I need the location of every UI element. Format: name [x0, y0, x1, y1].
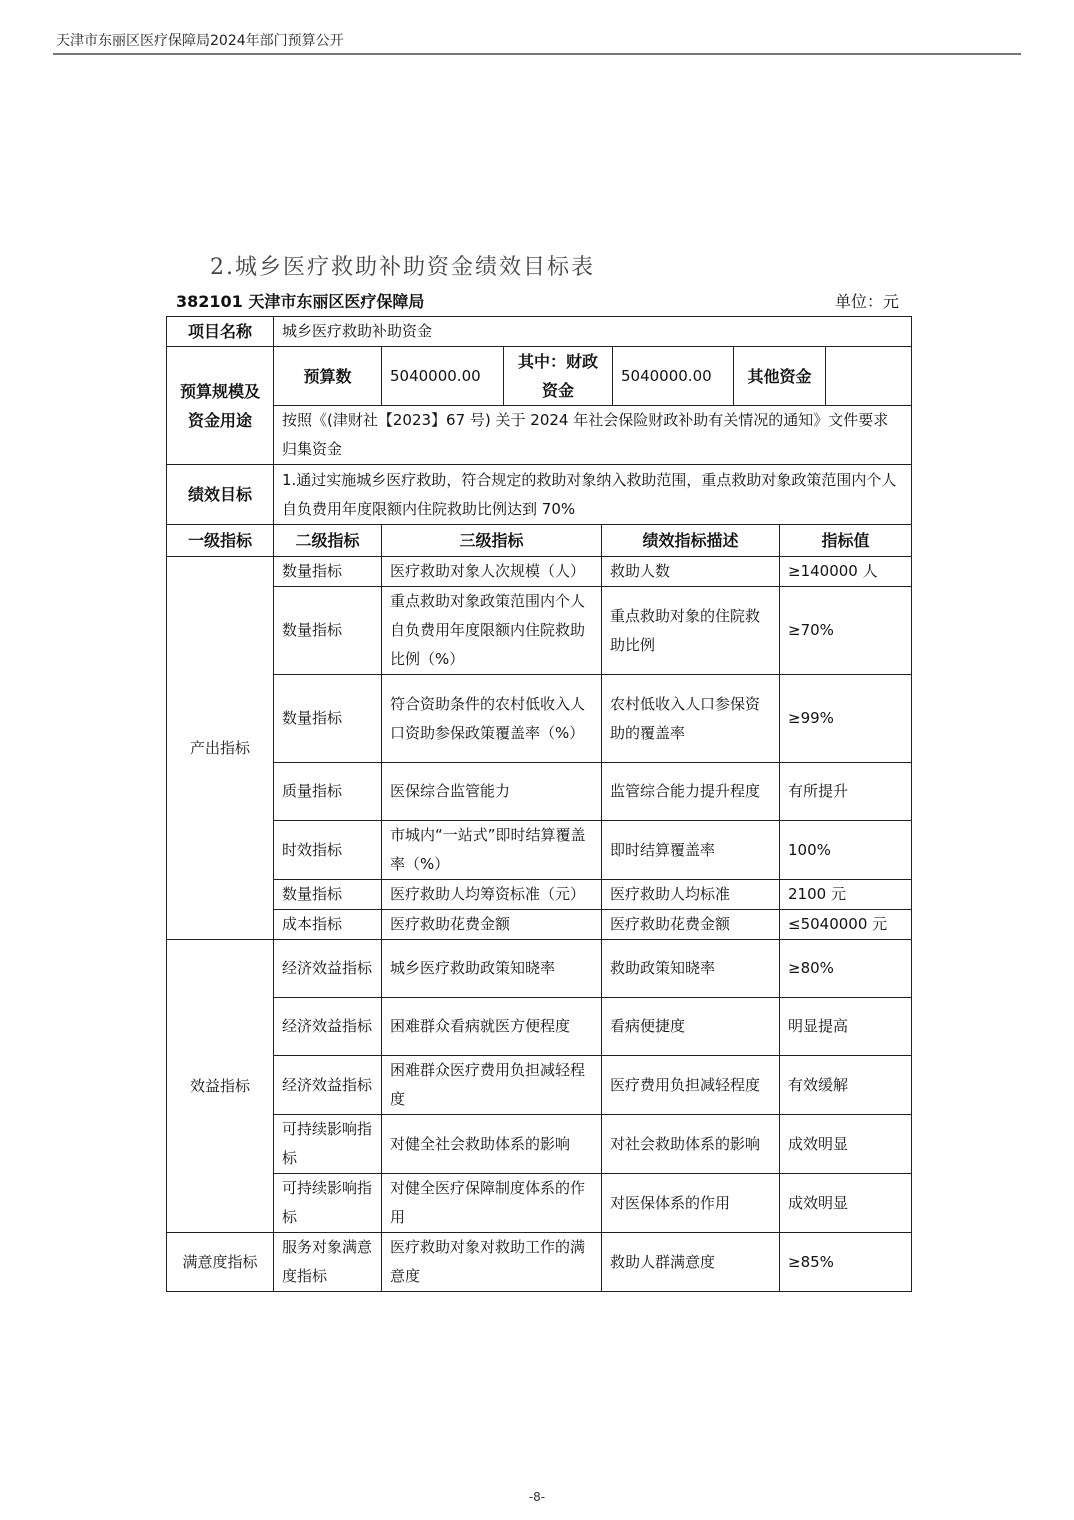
- running-header: 天津市东丽区医疗保障局2024年部门预算公开: [56, 30, 344, 50]
- level2-indicator: 数量指标: [274, 880, 382, 910]
- fiscal-funds-label: 其中：财政资金: [504, 347, 613, 406]
- level3-indicator: 医疗救助花费金额: [382, 910, 602, 940]
- level2-indicator: 可持续影响指标: [274, 1174, 382, 1233]
- level2-indicator: 质量指标: [274, 763, 382, 821]
- other-funds-value: [826, 347, 912, 406]
- goal-label: 绩效目标: [167, 465, 274, 525]
- level2-indicator: 数量指标: [274, 557, 382, 587]
- indicator-description: 即时结算覆盖率: [602, 821, 780, 880]
- indicator-row: 效益指标经济效益指标城乡医疗救助政策知晓率救助政策知晓率≥80%: [167, 940, 912, 998]
- indicator-value: ≥80%: [780, 940, 912, 998]
- header-divider: [53, 53, 1021, 55]
- indicator-row: 数量指标医疗救助人均筹资标准（元）医疗救助人均标准2100 元: [167, 880, 912, 910]
- indicator-description: 监管综合能力提升程度: [602, 763, 780, 821]
- level2-indicator: 成本指标: [274, 910, 382, 940]
- indicator-value: 有效缓解: [780, 1056, 912, 1115]
- level2-indicator: 服务对象满意度指标: [274, 1233, 382, 1292]
- level2-indicator: 经济效益指标: [274, 998, 382, 1056]
- level2-indicator: 时效指标: [274, 821, 382, 880]
- indicator-value: 2100 元: [780, 880, 912, 910]
- performance-goal-table: 项目名称 城乡医疗救助补助资金 预算规模及资金用途 预算数 5040000.00…: [166, 316, 912, 525]
- indicator-row: 数量指标重点救助对象政策范围内个人自负费用年度限额内住院救助比例（%）重点救助对…: [167, 587, 912, 675]
- indicator-value: ≥85%: [780, 1233, 912, 1292]
- indicator-row: 经济效益指标困难群众看病就医方便程度看病便捷度明显提高: [167, 998, 912, 1056]
- indicator-row: 经济效益指标困难群众医疗费用负担减轻程度医疗费用负担减轻程度有效缓解: [167, 1056, 912, 1115]
- project-name: 城乡医疗救助补助资金: [274, 317, 912, 347]
- level1-indicator: 产出指标: [167, 557, 274, 940]
- level2-indicator: 经济效益指标: [274, 940, 382, 998]
- indicator-row: 质量指标医保综合监管能力监管综合能力提升程度有所提升: [167, 763, 912, 821]
- other-funds-label: 其他资金: [734, 347, 826, 406]
- indicator-value: ≥140000 人: [780, 557, 912, 587]
- level3-indicator: 医保综合监管能力: [382, 763, 602, 821]
- indicator-value: ≥70%: [780, 587, 912, 675]
- indicator-description: 看病便捷度: [602, 998, 780, 1056]
- indicator-row: 产出指标数量指标医疗救助对象人次规模（人）救助人数≥140000 人: [167, 557, 912, 587]
- project-row: 项目名称 城乡医疗救助补助资金: [167, 317, 912, 347]
- level3-indicator: 重点救助对象政策范围内个人自负费用年度限额内住院救助比例（%）: [382, 587, 602, 675]
- col-header-value: 指标值: [780, 525, 912, 557]
- indicator-table: 一级指标 二级指标 三级指标 绩效指标描述 指标值 产出指标数量指标医疗救助对象…: [166, 524, 912, 1292]
- indicator-description: 救助人数: [602, 557, 780, 587]
- organization-name: 382101 天津市东丽区医疗保障局: [176, 289, 424, 312]
- level3-indicator: 医疗救助人均筹资标准（元）: [382, 880, 602, 910]
- goal-row: 绩效目标 1.通过实施城乡医疗救助，符合规定的救助对象纳入救助范围，重点救助对象…: [167, 465, 912, 525]
- indicator-description: 救助政策知晓率: [602, 940, 780, 998]
- indicator-value: 100%: [780, 821, 912, 880]
- level1-indicator: 效益指标: [167, 940, 274, 1233]
- indicator-value: ≤5040000 元: [780, 910, 912, 940]
- indicator-description: 救助人群满意度: [602, 1233, 780, 1292]
- budget-row: 预算规模及资金用途 预算数 5040000.00 其中：财政资金 5040000…: [167, 347, 912, 406]
- indicator-header-row: 一级指标 二级指标 三级指标 绩效指标描述 指标值: [167, 525, 912, 557]
- indicator-value: 明显提高: [780, 998, 912, 1056]
- level3-indicator: 市城内“一站式”即时结算覆盖率（%）: [382, 821, 602, 880]
- indicator-row: 成本指标医疗救助花费金额医疗救助花费金额≤5040000 元: [167, 910, 912, 940]
- indicator-row: 可持续影响指标对健全医疗保障制度体系的作用对医保体系的作用成效明显: [167, 1174, 912, 1233]
- usage-row: 按照《(津财社【2023】67 号) 关于 2024 年社会保险财政补助有关情况…: [167, 406, 912, 465]
- indicator-row: 时效指标市城内“一站式”即时结算覆盖率（%）即时结算覆盖率100%: [167, 821, 912, 880]
- indicator-description: 医疗救助人均标准: [602, 880, 780, 910]
- level1-indicator: 满意度指标: [167, 1233, 274, 1292]
- level2-indicator: 数量指标: [274, 587, 382, 675]
- goal-text: 1.通过实施城乡医疗救助，符合规定的救助对象纳入救助范围，重点救助对象政策范围内…: [274, 465, 912, 525]
- indicator-value: 成效明显: [780, 1115, 912, 1174]
- indicator-value: 有所提升: [780, 763, 912, 821]
- indicator-description: 对医保体系的作用: [602, 1174, 780, 1233]
- indicator-row: 满意度指标服务对象满意度指标医疗救助对象对救助工作的满意度救助人群满意度≥85%: [167, 1233, 912, 1292]
- fiscal-funds-value: 5040000.00: [613, 347, 734, 406]
- indicator-value: 成效明显: [780, 1174, 912, 1233]
- unit-label: 单位：元: [835, 289, 899, 312]
- indicator-description: 重点救助对象的住院救助比例: [602, 587, 780, 675]
- col-header-level2: 二级指标: [274, 525, 382, 557]
- level3-indicator: 符合资助条件的农村低收入人口资助参保政策覆盖率（%）: [382, 675, 602, 763]
- budget-label: 预算规模及资金用途: [167, 347, 274, 465]
- level2-indicator: 数量指标: [274, 675, 382, 763]
- indicator-value: ≥99%: [780, 675, 912, 763]
- indicator-row: 数量指标符合资助条件的农村低收入人口资助参保政策覆盖率（%）农村低收入人口参保资…: [167, 675, 912, 763]
- indicator-description: 农村低收入人口参保资助的覆盖率: [602, 675, 780, 763]
- indicator-description: 医疗救助花费金额: [602, 910, 780, 940]
- level2-indicator: 可持续影响指标: [274, 1115, 382, 1174]
- level3-indicator: 对健全社会救助体系的影响: [382, 1115, 602, 1174]
- col-header-description: 绩效指标描述: [602, 525, 780, 557]
- fund-usage: 按照《(津财社【2023】67 号) 关于 2024 年社会保险财政补助有关情况…: [274, 406, 912, 465]
- level3-indicator: 困难群众看病就医方便程度: [382, 998, 602, 1056]
- budget-total-value: 5040000.00: [382, 347, 504, 406]
- indicator-description: 对社会救助体系的影响: [602, 1115, 780, 1174]
- col-header-level1: 一级指标: [167, 525, 274, 557]
- indicator-description: 医疗费用负担减轻程度: [602, 1056, 780, 1115]
- level3-indicator: 医疗救助对象对救助工作的满意度: [382, 1233, 602, 1292]
- level3-indicator: 城乡医疗救助政策知晓率: [382, 940, 602, 998]
- budget-total-label: 预算数: [274, 347, 382, 406]
- level2-indicator: 经济效益指标: [274, 1056, 382, 1115]
- col-header-level3: 三级指标: [382, 525, 602, 557]
- project-label: 项目名称: [167, 317, 274, 347]
- level3-indicator: 医疗救助对象人次规模（人）: [382, 557, 602, 587]
- section-title: 2.城乡医疗救助补助资金绩效目标表: [210, 250, 595, 281]
- level3-indicator: 困难群众医疗费用负担减轻程度: [382, 1056, 602, 1115]
- page-number: -8-: [0, 1490, 1074, 1504]
- level3-indicator: 对健全医疗保障制度体系的作用: [382, 1174, 602, 1233]
- indicator-row: 可持续影响指标对健全社会救助体系的影响对社会救助体系的影响成效明显: [167, 1115, 912, 1174]
